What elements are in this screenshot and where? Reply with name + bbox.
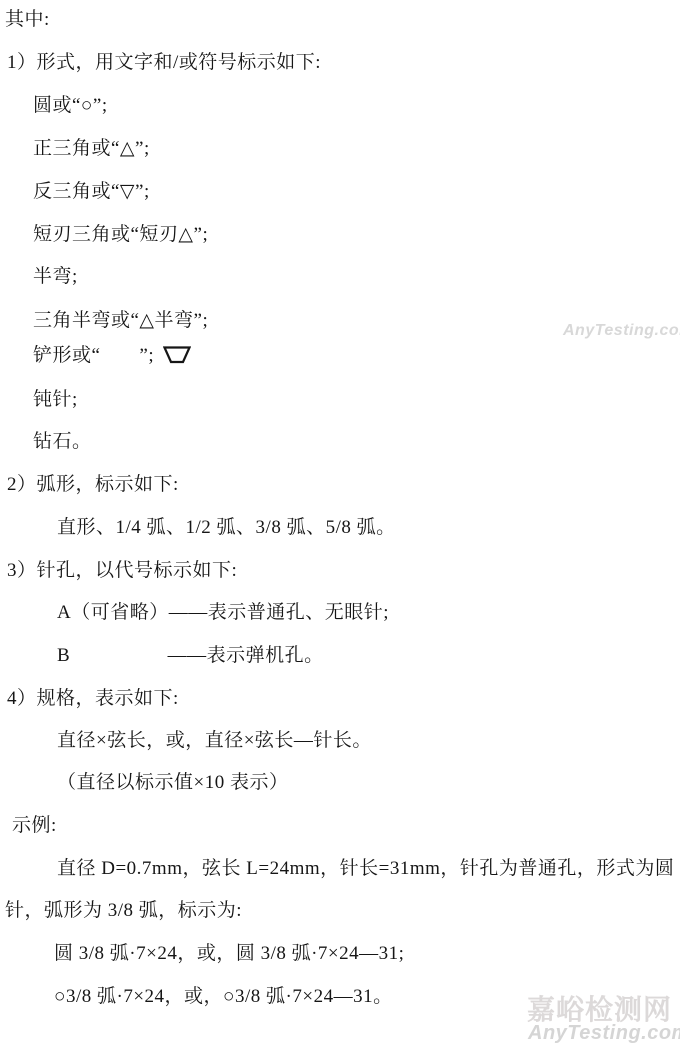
text-line: 针，弧形为 3/8 弧，标示为: xyxy=(5,899,242,923)
text-line: 正三角或“△”; xyxy=(33,137,150,161)
text-line: 反三角或“▽”; xyxy=(33,180,150,204)
document-page: 其中: 1）形式，用文字和/或符号标示如下: 圆或“○”; 正三角或“△”; 反… xyxy=(0,0,680,1055)
text-line: 4）规格，表示如下: xyxy=(7,687,179,711)
text-line: 半弯; xyxy=(33,265,78,289)
text-line: 钝针; xyxy=(33,388,78,412)
watermark-site-url: AnyTesting.com xyxy=(528,1022,680,1045)
text-line: 直形、1/4 弧、1/2 弧、3/8 弧、5/8 弧。 xyxy=(57,516,396,540)
text-line: 短刃三角或“短刃△”; xyxy=(33,223,208,247)
watermark-anytesting-mid: AnyTesting.com xyxy=(563,322,680,340)
text-line: 钻石。 xyxy=(33,430,92,454)
text-line: 圆或“○”; xyxy=(33,94,108,118)
text-line: 直径×弦长，或，直径×弦长—针长。 xyxy=(57,729,372,753)
text-line: （直径以标示值×10 表示） xyxy=(57,771,288,795)
text-line: ○3/8 弧·7×24，或，○3/8 弧·7×24—31。 xyxy=(54,985,393,1009)
text-line: 铲形或“ ”; xyxy=(33,344,191,371)
text-line: 2）弧形，标示如下: xyxy=(7,473,179,497)
shovel-shape-icon xyxy=(163,346,191,371)
text-line: 3）针孔，以代号标示如下: xyxy=(7,559,237,583)
text-line: 示例: xyxy=(12,814,57,838)
text-line: 其中: xyxy=(5,8,50,32)
text-line: 圆 3/8 弧·7×24，或，圆 3/8 弧·7×24—31; xyxy=(54,942,404,966)
text-line: B ——表示弹机孔。 xyxy=(57,644,324,668)
text-line: 三角半弯或“△半弯”; xyxy=(33,309,208,333)
text-line: 直径 D=0.7mm，弦长 L=24mm，针长=31mm，针孔为普通孔，形式为圆 xyxy=(57,857,674,881)
text-line: A（可省略）——表示普通孔、无眼针; xyxy=(57,601,389,625)
text-line: 1）形式，用文字和/或符号标示如下: xyxy=(7,51,321,75)
shovel-line-text: 铲形或“ ”; xyxy=(33,345,154,366)
